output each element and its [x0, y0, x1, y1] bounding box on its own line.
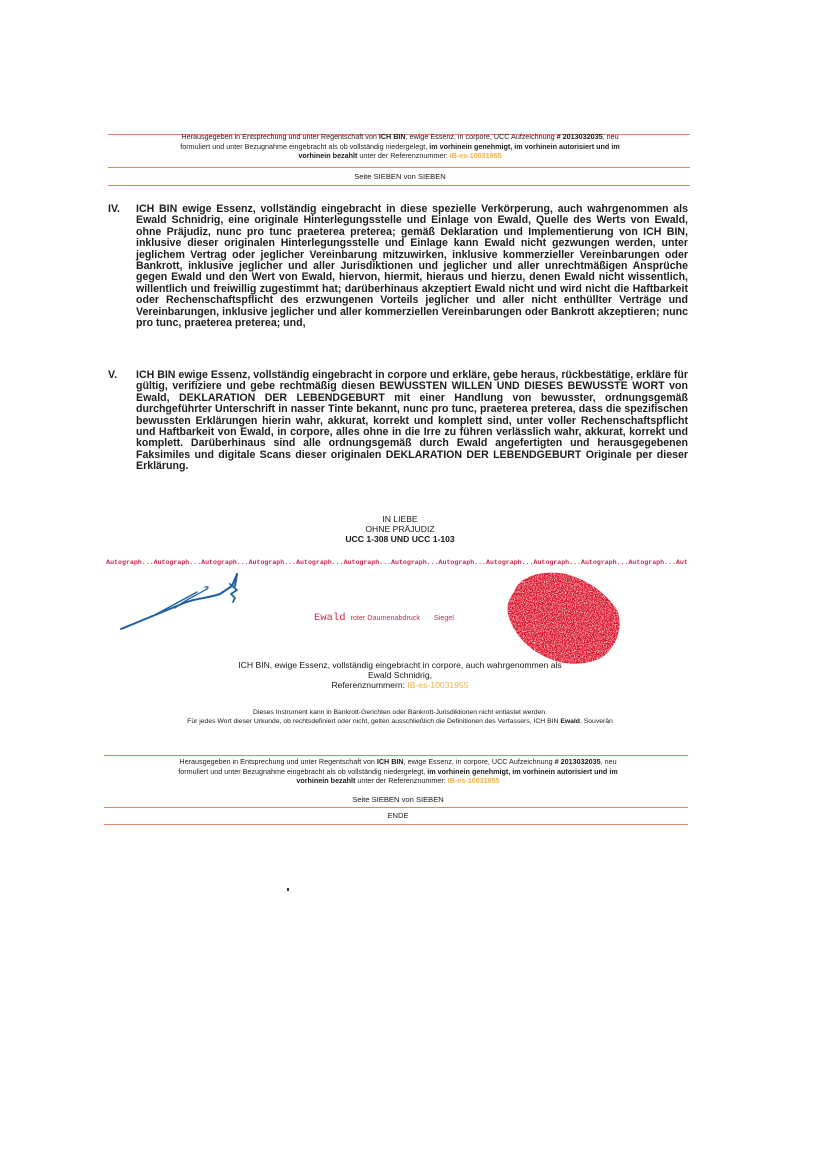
signer-block: ICH BIN, ewige Essenz, vollständig einge… — [190, 660, 610, 691]
signature-icon — [115, 568, 255, 634]
footer-bottom-rule — [104, 824, 688, 825]
disclaimer-line-1: Dieses Instrument kann in Bankrott-Geric… — [100, 708, 700, 717]
footer-reference-number: IB-es-10031955 — [448, 776, 500, 785]
footer-header-line-2: formuliert und unter Bezugnahme eingebra… — [106, 767, 690, 777]
thumbprint-label: roter Daumenabdruck — [351, 613, 421, 622]
clause-iv: IV. ICH BIN ewige Essenz, vollständig ei… — [108, 204, 688, 329]
header-line-1: Herausgegeben in Entsprechung und unter … — [110, 132, 690, 142]
header-mid-rule — [108, 167, 690, 168]
closing-line-2: OHNE PRÄJUDIZ — [200, 524, 600, 534]
footer-header-line-3: vorhinein bezahlt unter der Referenznumm… — [106, 776, 690, 786]
footer-top-rule — [104, 755, 688, 756]
seal-label: Ewaldroter DaumenabdruckSiegel — [314, 612, 454, 624]
thumbprint-icon — [500, 568, 625, 668]
clause-text: ICH BIN ewige Essenz, vollständig eingeb… — [136, 204, 688, 329]
end-marker: ENDE — [106, 811, 690, 820]
footer-header-block: Herausgegeben in Entsprechung und unter … — [106, 757, 690, 786]
closing-block: IN LIEBE OHNE PRÄJUDIZ UCC 1-308 UND UCC… — [200, 514, 600, 544]
page-number: Seite SIEBEN von SIEBEN — [110, 172, 690, 181]
clause-v: V. ICH BIN ewige Essenz, vollständig ein… — [108, 370, 688, 473]
scan-speck — [287, 888, 289, 891]
header-bottom-rule — [108, 185, 690, 186]
header-line-2: formuliert und unter Bezugnahme eingebra… — [110, 142, 690, 152]
signer-line-2: Ewald Schnidrig, — [190, 670, 610, 680]
signer-line-1: ICH BIN, ewige Essenz, vollständig einge… — [190, 660, 610, 670]
footer-header-line-1: Herausgegeben in Entsprechung und unter … — [106, 757, 690, 767]
footer-page-number: Seite SIEBEN von SIEBEN — [106, 795, 690, 804]
disclaimer-line-2: Für jedes Wort dieser Urkunde, ob rechts… — [100, 717, 700, 726]
footer-mid-rule — [104, 807, 688, 808]
disclaimer-block: Dieses Instrument kann in Bankrott-Geric… — [100, 708, 700, 726]
closing-line-3: UCC 1-308 UND UCC 1-103 — [200, 534, 600, 544]
seal-name: Ewald — [314, 612, 346, 624]
header-block: Herausgegeben in Entsprechung und unter … — [110, 132, 690, 161]
autograph-line: Autograph...Autograph...Autograph...Auto… — [106, 559, 688, 567]
closing-line-1: IN LIEBE — [200, 514, 600, 524]
signer-reference-line: Referenznummern: IB-es-10031955 — [190, 680, 610, 690]
reference-number: IB-es-10031955 — [450, 151, 502, 160]
clause-number: V. — [108, 370, 117, 381]
signer-reference: IB-es-10031955 — [407, 680, 468, 690]
clause-text: ICH BIN ewige Essenz, vollständig eingeb… — [136, 370, 688, 473]
header-line-3: vorhinein bezahlt unter der Referenznumm… — [110, 151, 690, 161]
clause-number: IV. — [108, 204, 120, 215]
siegel-label: Siegel — [434, 613, 454, 622]
